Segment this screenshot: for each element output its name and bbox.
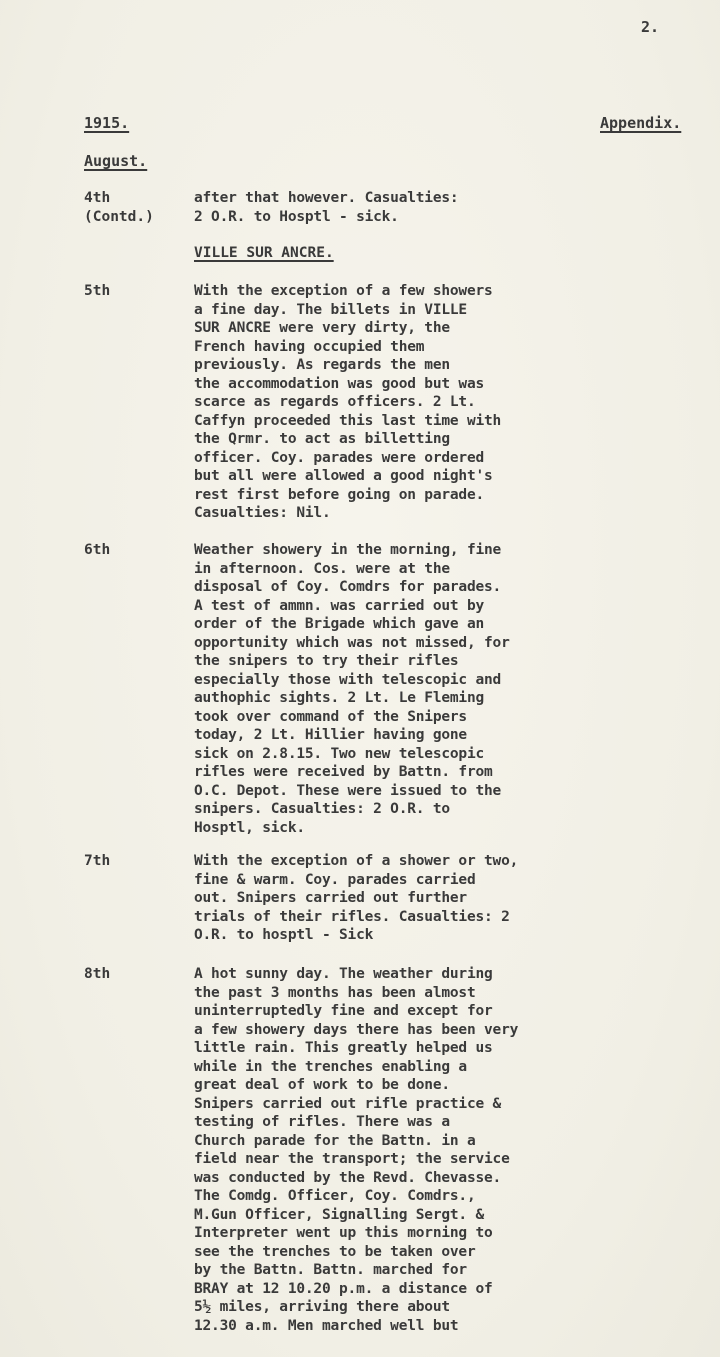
diary-entry-8th: 8th A hot sunny day. The weather during … (84, 965, 624, 1335)
entry-text: With the exception of a few showers a fi… (194, 282, 624, 523)
appendix-heading: Appendix. (600, 114, 681, 132)
entry-text: With the exception of a shower or two, f… (194, 852, 624, 945)
location-heading: VILLE SUR ANCRE. (194, 245, 334, 261)
entry-text: Weather showery in the morning, fine in … (194, 541, 624, 837)
entry-date: 7th (84, 852, 194, 945)
entry-date: 6th (84, 541, 194, 837)
diary-entry-4th: 4th (Contd.) after that however. Casualt… (84, 189, 624, 226)
diary-entry-5th: 5th With the exception of a few showers … (84, 282, 624, 523)
diary-entry-7th: 7th With the exception of a shower or tw… (84, 852, 624, 945)
entry-text: after that however. Casualties: 2 O.R. t… (194, 189, 624, 226)
year-heading: 1915. (84, 114, 129, 132)
diary-entry-6th: 6th Weather showery in the morning, fine… (84, 541, 624, 837)
entry-date: 5th (84, 282, 194, 523)
entry-date: 8th (84, 965, 194, 1335)
month-heading: August. (84, 152, 147, 170)
entry-date: 4th (Contd.) (84, 189, 194, 226)
document-page: 2. 1915. Appendix. August. 4th (Contd.) … (0, 0, 720, 1357)
entry-text: A hot sunny day. The weather during the … (194, 965, 624, 1335)
page-number: 2. (641, 18, 659, 36)
